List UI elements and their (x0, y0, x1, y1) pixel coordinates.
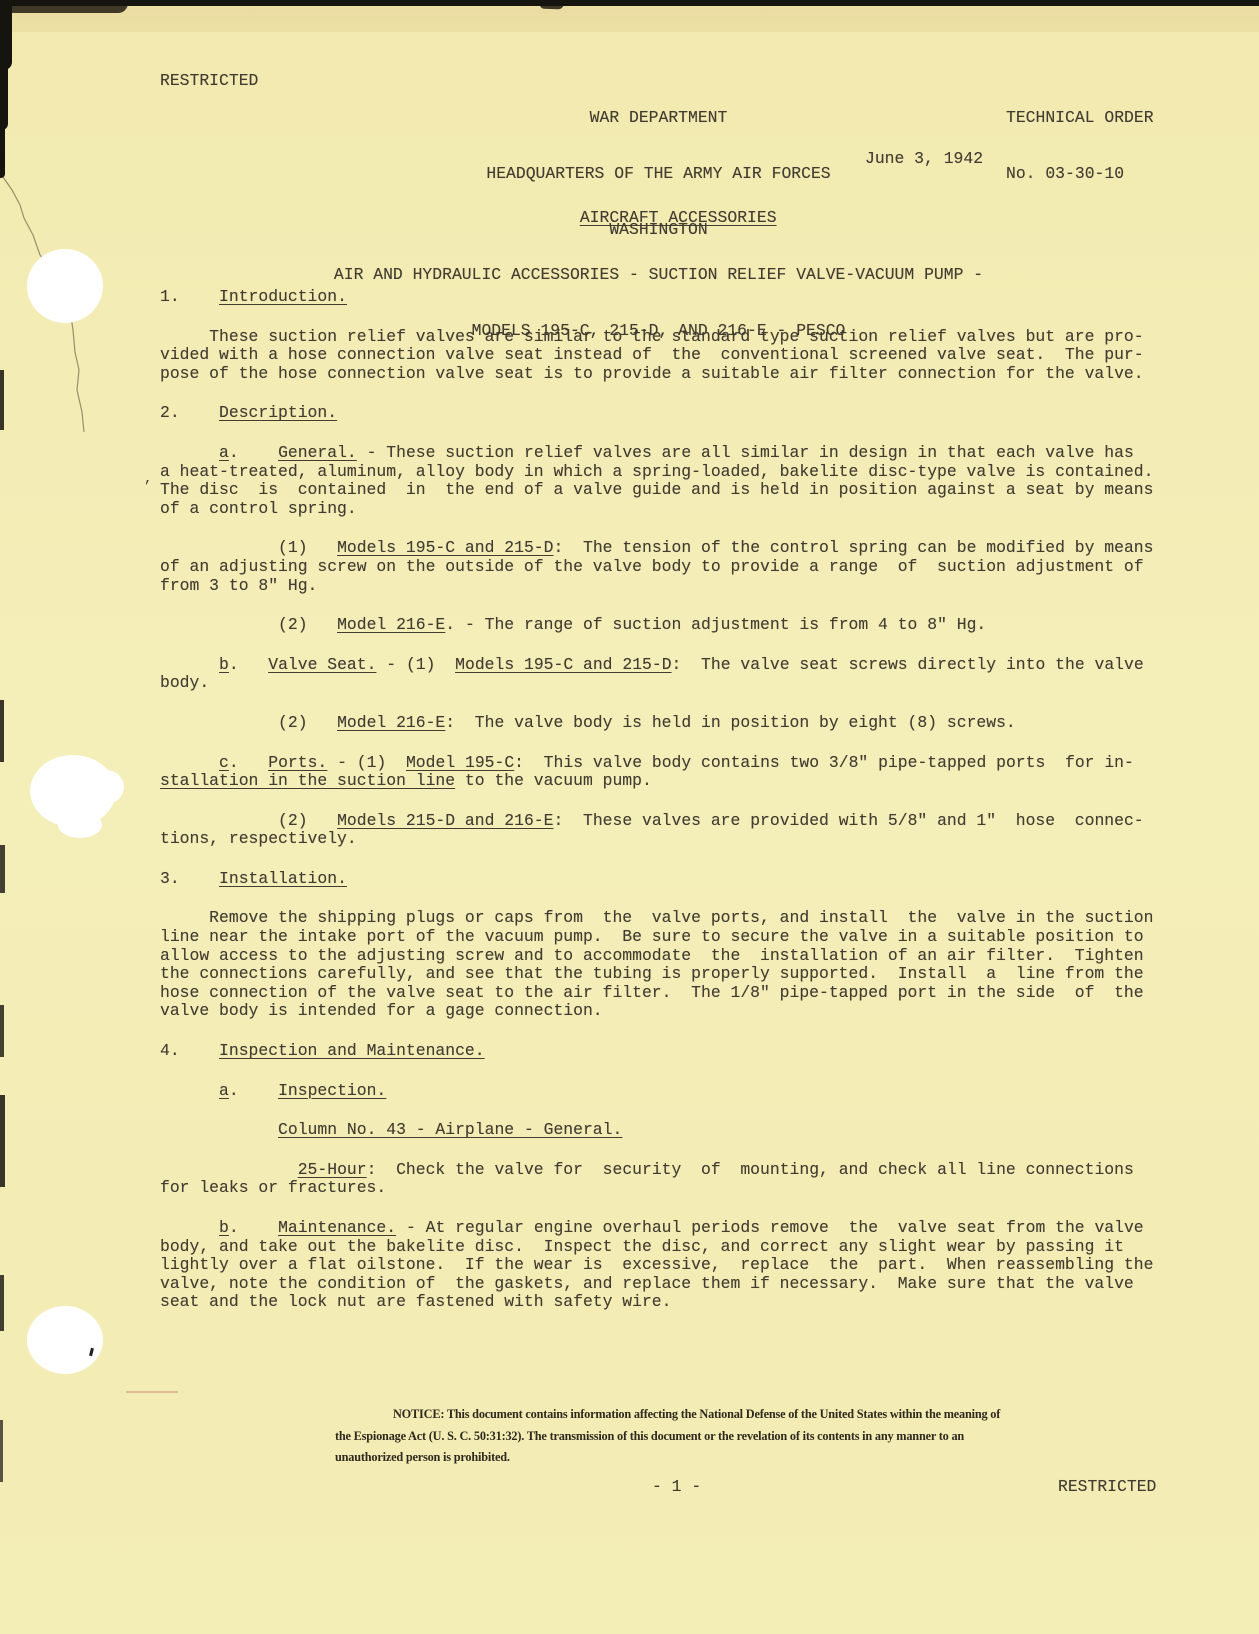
underlined-text: Model 216-E (337, 615, 445, 634)
text-segment: vided with a hose connection valve seat … (160, 345, 1144, 364)
text-line: body, and take out the bakelite disc. In… (160, 1238, 1170, 1257)
text-line: Column No. 43 - Airplane - General. (160, 1121, 1170, 1140)
text-line: (2) Models 215-D and 216-E: These valves… (160, 812, 1170, 831)
text-segment: . - The range of suction adjustment is f… (445, 615, 986, 634)
scan-left-edge-10 (0, 1420, 3, 1482)
section-4-heading: 4. Inspection and Maintenance. (160, 1042, 1170, 1061)
underlined-text: Inspection and Maintenance. (219, 1041, 485, 1060)
text-segment: (2) (160, 713, 337, 732)
text-line: These suction relief valves are similar … (160, 328, 1170, 347)
text-line: (2) Model 216-E. - The range of suction … (160, 616, 1170, 635)
underlined-text: Installation. (219, 869, 347, 888)
text-segment: - (1) (376, 655, 455, 674)
scan-left-edge-7 (0, 1005, 4, 1057)
scan-left-edge-2 (0, 60, 8, 130)
text-line: c. Ports. - (1) Model 195-C: This valve … (160, 754, 1170, 773)
text-segment (160, 443, 219, 462)
text-line: valve body is intended for a gage connec… (160, 1002, 1170, 1021)
section-4a-column: Column No. 43 - Airplane - General. (160, 1121, 1170, 1140)
text-line: 25-Hour: Check the valve for security of… (160, 1161, 1170, 1180)
text-segment: of a control spring. (160, 499, 357, 518)
text-segment: - These suction relief valves are all si… (357, 443, 1134, 462)
underlined-text: Maintenance. (278, 1218, 396, 1237)
underlined-text: Model 216-E (337, 713, 445, 732)
underlined-text: Models 215-D and 216-E (337, 811, 553, 830)
text-line: 1. Introduction. (160, 288, 1170, 307)
scan-left-edge-9 (0, 1275, 4, 1331)
scan-left-edge-5 (0, 700, 4, 762)
security-notice: NOTICE: This document contains informati… (335, 1404, 1035, 1469)
text-segment: pose of the hose connection valve seat i… (160, 364, 1144, 383)
text-segment: body. (160, 673, 209, 692)
section-2c2-models-215d-216e: (2) Models 215-D and 216-E: These valves… (160, 812, 1170, 849)
scan-top-border (0, 0, 1259, 6)
text-segment: 2. (160, 403, 219, 422)
faint-pink-line (126, 1391, 178, 1393)
text-line: hose connection of the valve seat to the… (160, 984, 1170, 1003)
section-1-paragraph: These suction relief valves are similar … (160, 328, 1170, 384)
text-segment: allow access to the adjusting screw and … (160, 946, 1144, 965)
text-segment: . (229, 753, 268, 772)
section-1-heading: 1. Introduction. (160, 288, 1170, 307)
section-2c-ports: c. Ports. - (1) Model 195-C: This valve … (160, 754, 1170, 791)
underlined-text: c (219, 753, 229, 772)
text-segment: body, and take out the bakelite disc. In… (160, 1237, 1124, 1256)
notice-line-2: the Espionage Act (U. S. C. 50:31:32). T… (335, 1426, 1035, 1448)
text-segment: hose connection of the valve seat to the… (160, 983, 1144, 1002)
text-segment: for leaks or fractures. (160, 1178, 386, 1197)
text-line: vided with a hose connection valve seat … (160, 346, 1170, 365)
scan-left-edge-1 (0, 0, 12, 70)
text-segment: 3. (160, 869, 219, 888)
stray-comma-mark: , (144, 470, 152, 489)
text-segment: from 3 to 8" Hg. (160, 576, 317, 595)
underlined-text: Model 195-C (406, 753, 514, 772)
text-segment: The disc is contained in the end of a va… (160, 480, 1153, 499)
underlined-text: 25-Hour (298, 1160, 367, 1179)
underlined-text: Description. (219, 403, 337, 422)
text-segment: - (1) (327, 753, 406, 772)
section-2-heading: 2. Description. (160, 404, 1170, 423)
underlined-text: Models 195-C and 215-D (455, 655, 671, 674)
text-segment: (2) (160, 615, 337, 634)
underlined-text: Models 195-C and 215-D (337, 538, 553, 557)
document-body: 1. Introduction. These suction relief va… (160, 288, 1170, 1312)
section-2b2-model-216e: (2) Model 216-E: The valve body is held … (160, 714, 1170, 733)
text-line: a heat-treated, aluminum, alloy body in … (160, 463, 1170, 482)
text-segment (160, 1218, 219, 1237)
text-line: b. Maintenance. - At regular engine over… (160, 1219, 1170, 1238)
ink-tick-near-bottom-hole (89, 1348, 94, 1356)
scanned-document-page: , RESTRICTED WAR DEPARTMENT HEADQUARTERS… (0, 0, 1259, 1634)
text-line: The disc is contained in the end of a va… (160, 481, 1170, 500)
text-segment (160, 1081, 219, 1100)
text-line: (1) Models 195-C and 215-D: The tension … (160, 539, 1170, 558)
text-segment: to the vacuum pump. (455, 771, 652, 790)
text-segment: 1. (160, 287, 219, 306)
text-line: from 3 to 8" Hg. (160, 577, 1170, 596)
underlined-text: Column No. 43 - Airplane - General. (278, 1120, 622, 1139)
subtitle-line-1: AIR AND HYDRAULIC ACCESSORIES - SUCTION … (160, 266, 1157, 285)
section-4a-25-hour: 25-Hour: Check the valve for security of… (160, 1161, 1170, 1198)
section-3-heading: 3. Installation. (160, 870, 1170, 889)
hole-punch-bottom (27, 1306, 103, 1374)
section-2a1-models-195c-215d: (1) Models 195-C and 215-D: The tension … (160, 539, 1170, 595)
underlined-text: Inspection. (278, 1081, 386, 1100)
page-number: - 1 - (652, 1478, 701, 1497)
text-segment: lightly over a flat oilstone. If the wea… (160, 1255, 1153, 1274)
paper-tear-crack (0, 0, 120, 450)
text-segment: . (229, 655, 268, 674)
text-segment: . (229, 1081, 278, 1100)
text-segment: valve, note the condition of the gaskets… (160, 1274, 1134, 1293)
document-title: AIRCRAFT ACCESSORIES (580, 208, 777, 227)
text-segment: seat and the lock nut are fastened with … (160, 1292, 671, 1311)
text-line: the connections carefully, and see that … (160, 965, 1170, 984)
text-segment: : The valve body is held in position by … (445, 713, 1016, 732)
scan-top-tick (540, 0, 564, 9)
text-segment: (1) (160, 538, 337, 557)
text-line: line near the intake port of the vacuum … (160, 928, 1170, 947)
text-line: tions, respectively. (160, 830, 1170, 849)
text-line: 3. Installation. (160, 870, 1170, 889)
text-segment: of an adjusting screw on the outside of … (160, 557, 1144, 576)
text-line: of an adjusting screw on the outside of … (160, 558, 1170, 577)
underlined-text: a (219, 443, 229, 462)
scan-left-edge-6 (0, 845, 5, 893)
text-segment (160, 1160, 298, 1179)
section-2a-general: a. General. - These suction relief valve… (160, 444, 1170, 518)
section-4b-maintenance: b. Maintenance. - At regular engine over… (160, 1219, 1170, 1312)
text-segment: line near the intake port of the vacuum … (160, 927, 1144, 946)
text-segment: valve body is intended for a gage connec… (160, 1001, 603, 1020)
scan-top-left-smudge (0, 0, 128, 13)
underlined-text: b (219, 655, 229, 674)
scan-left-edge-3 (0, 120, 5, 178)
section-3-paragraph: Remove the shipping plugs or caps from t… (160, 909, 1170, 1021)
text-segment: : Check the valve for security of mounti… (367, 1160, 1134, 1179)
text-line: (2) Model 216-E: The valve body is held … (160, 714, 1170, 733)
text-line: a. General. - These suction relief valve… (160, 444, 1170, 463)
underlined-text: stallation in the suction line (160, 771, 455, 790)
text-segment: . (229, 1218, 278, 1237)
text-segment: 4. (160, 1041, 219, 1060)
underlined-text: General. (278, 443, 357, 462)
text-segment (160, 1120, 278, 1139)
notice-line-1: NOTICE: This document contains informati… (335, 1404, 1035, 1426)
scan-left-edge-4 (0, 370, 4, 430)
text-segment (160, 753, 219, 772)
text-segment: Remove the shipping plugs or caps from t… (160, 908, 1153, 927)
text-line: 2. Description. (160, 404, 1170, 423)
hole-punch-top (27, 249, 103, 323)
underlined-text: Introduction. (219, 287, 347, 306)
notice-line-3: unauthorized person is prohibited. (335, 1447, 1035, 1469)
underlined-text: Valve Seat. (268, 655, 376, 674)
text-line: pose of the hose connection valve seat i… (160, 365, 1170, 384)
section-2b-valve-seat: b. Valve Seat. - (1) Models 195-C and 21… (160, 656, 1170, 693)
text-line: allow access to the adjusting screw and … (160, 947, 1170, 966)
text-segment: These suction relief valves are similar … (160, 327, 1144, 346)
text-line: body. (160, 674, 1170, 693)
underlined-text: a (219, 1081, 229, 1100)
text-line: Remove the shipping plugs or caps from t… (160, 909, 1170, 928)
text-segment (160, 655, 219, 674)
text-segment: . (229, 443, 278, 462)
text-line: lightly over a flat oilstone. If the wea… (160, 1256, 1170, 1275)
text-segment: a heat-treated, aluminum, alloy body in … (160, 462, 1153, 481)
section-4a-inspection: a. Inspection. (160, 1082, 1170, 1101)
text-segment: (2) (160, 811, 337, 830)
text-segment: tions, respectively. (160, 829, 357, 848)
text-line: b. Valve Seat. - (1) Models 195-C and 21… (160, 656, 1170, 675)
text-segment: - At regular engine overhaul periods rem… (396, 1218, 1144, 1237)
text-line: valve, note the condition of the gaskets… (160, 1275, 1170, 1294)
text-line: of a control spring. (160, 500, 1170, 519)
section-2a2-model-216e: (2) Model 216-E. - The range of suction … (160, 616, 1170, 635)
text-line: a. Inspection. (160, 1082, 1170, 1101)
document-date: June 3, 1942 (865, 150, 983, 169)
underlined-text: b (219, 1218, 229, 1237)
hole-punch-middle-bump (88, 770, 124, 804)
text-line: seat and the lock nut are fastened with … (160, 1293, 1170, 1312)
text-segment: : This valve body contains two 3/8" pipe… (514, 753, 1134, 772)
text-line: 4. Inspection and Maintenance. (160, 1042, 1170, 1061)
text-segment: : These valves are provided with 5/8" an… (553, 811, 1143, 830)
text-segment: : The valve seat screws directly into th… (672, 655, 1144, 674)
hole-punch-middle (30, 755, 116, 827)
text-line: for leaks or fractures. (160, 1179, 1170, 1198)
scan-top-tint (0, 6, 1259, 32)
scan-left-edge-8 (0, 1095, 5, 1187)
technical-order-label: TECHNICAL ORDER (1006, 109, 1154, 128)
hole-punch-middle-bump2 (58, 812, 102, 838)
underlined-text: Ports. (268, 753, 327, 772)
classification-bottom-right: RESTRICTED (1058, 1478, 1156, 1497)
text-segment: : The tension of the control spring can … (553, 538, 1153, 557)
text-segment: the connections carefully, and see that … (160, 964, 1144, 983)
text-line: stallation in the suction line to the va… (160, 772, 1170, 791)
technical-order-number: No. 03-30-10 (1006, 165, 1154, 184)
